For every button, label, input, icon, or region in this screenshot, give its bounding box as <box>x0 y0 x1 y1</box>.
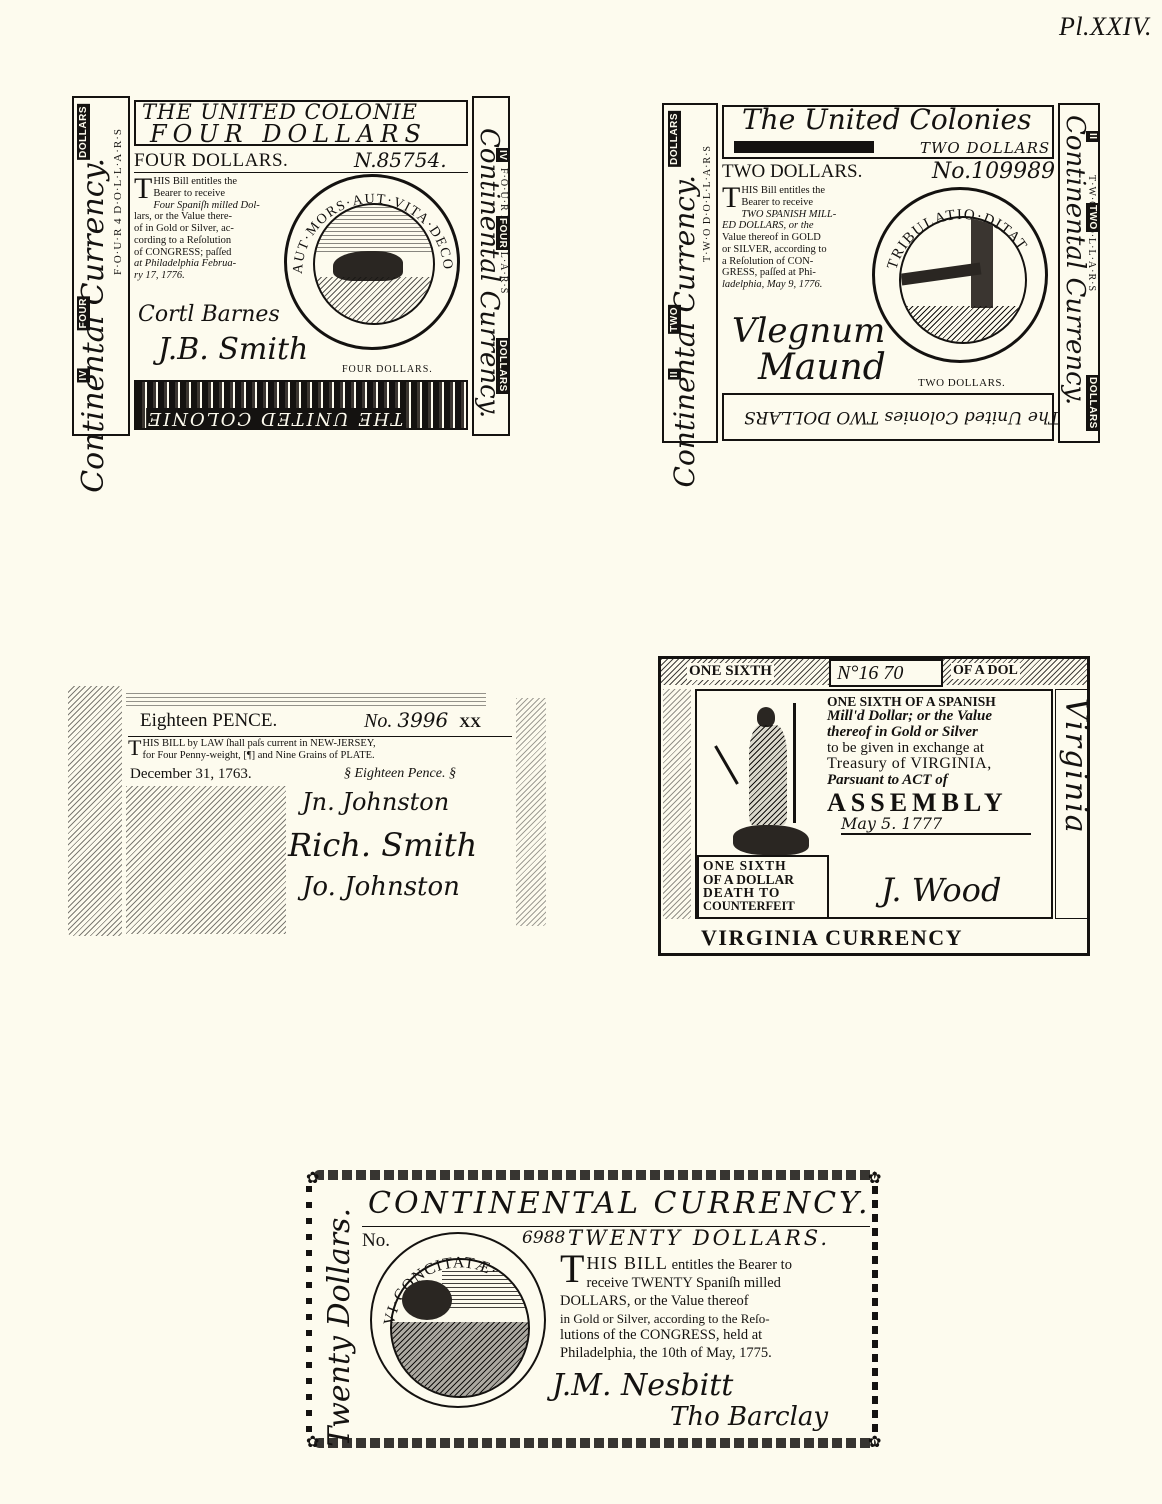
two-dollar-note: Continental Currency. T·W·O D·O·L·L·A·R·… <box>662 103 1100 443</box>
top-left-label: ONE SIXTH <box>687 663 774 680</box>
signature: J.M. Nesbitt <box>552 1368 733 1403</box>
body-text: T HIS BILL by LAW ſhall paſs current in … <box>128 738 528 762</box>
title-sub: TWO DOLLARS <box>920 139 1050 157</box>
badge: II <box>668 369 681 380</box>
border-small-text: T·W·O D·O·L·L·A·R·S <box>1086 175 1097 292</box>
box-line: ONE SIXTH <box>703 859 823 873</box>
virginia-note: ONE SIXTH N°16 70 OF A DOL Virginia ONE … <box>658 656 1090 956</box>
body-line: HIS Bill entitles the <box>134 176 284 188</box>
box-line: COUNTERFEIT <box>703 900 823 913</box>
body-line: in Gold or Silver, according to the Reſo… <box>560 1311 872 1327</box>
left-border: Continental Currency. T·W·O D·O·L·L·A·R·… <box>662 103 718 443</box>
eighteen-pence-note: Eighteen PENCE. No. 3996 XX T HIS BILL b… <box>68 686 548 938</box>
badge: TWO <box>668 305 681 334</box>
badge: DOLLARS <box>1086 375 1099 431</box>
title-script: FOUR DOLLARS <box>150 120 427 148</box>
denomination-heading: FOUR DOLLARS. <box>134 150 288 172</box>
plate-number: Pl.XXIV. <box>1059 12 1152 42</box>
body-line: Value thereof in GOLD <box>722 232 872 244</box>
body-line: ry 17, 1776. <box>134 270 284 282</box>
bottom-scroll-text: THE UNITED COLONIE <box>146 408 403 429</box>
body-text: T HIS Bill entitles the Bearer to receiv… <box>722 185 872 291</box>
bottom-chain-border <box>314 1438 876 1448</box>
seal-scene <box>899 216 1027 344</box>
body-line: receive TWENTY Spaniſh milled <box>560 1275 872 1293</box>
body-line: ED DOLLARS, or the <box>722 220 872 232</box>
badge: FOUR <box>496 216 509 250</box>
body-line: DOLLARS, or the Value thereof <box>560 1293 872 1311</box>
date: May 5. 1777 <box>841 816 1031 835</box>
bottom-scroll-text: The United Colonies TWO DOLLARS <box>744 407 1060 427</box>
denomination-heading: Eighteen PENCE. <box>140 710 277 732</box>
title-band <box>734 141 874 153</box>
side-label: Twenty Dollars. <box>322 1208 357 1447</box>
body-line: HIS Bill entitles the <box>722 185 872 197</box>
signature: Jo. Johnston <box>302 872 460 902</box>
issue-date: December 31, 1763. <box>130 766 252 783</box>
body-line: lars, or the Value there- <box>134 211 284 223</box>
denomination-heading: TWO DOLLARS. <box>722 161 862 183</box>
body-line: ladelphia, May 9, 1776. <box>722 279 872 291</box>
seal-boar: AUT·MORS·AUT·VITA·DECORA <box>284 174 460 350</box>
body-line: to be given in exchange at <box>827 741 1053 757</box>
box-line: OF A DOLLAR <box>703 873 823 887</box>
seal-scene <box>390 1258 530 1398</box>
top-ornament <box>126 690 486 706</box>
body-line: thereof in Gold or Silver <box>827 725 1053 741</box>
top-right-label: OF A DOL <box>951 663 1020 679</box>
seal-storm: VI·CONCITATÆ· <box>370 1232 546 1408</box>
serial: No. 3996 XX <box>364 708 481 733</box>
body-line: cording to a Reſolution <box>134 235 284 247</box>
virtue-figure-icon <box>719 701 819 861</box>
title: CONTINENTAL CURRENCY. <box>368 1186 871 1221</box>
bottom-scroll: The United Colonies TWO DOLLARS <box>722 393 1054 441</box>
badge: FOUR <box>77 296 90 330</box>
body-line: HIS BILL entitles the Bearer to <box>560 1252 872 1275</box>
body-line: or SILVER, according to <box>722 244 872 256</box>
badge: DOLLARS <box>77 104 90 160</box>
seal-flail: TRIBULATIO·DITAT <box>872 187 1048 363</box>
denomination-script: TWENTY DOLLARS. <box>568 1226 830 1250</box>
body-line: lutions of the CONGRESS, held at <box>560 1327 872 1345</box>
body-text: ONE SIXTH OF A SPANISH Mill'd Dollar; or… <box>827 695 1053 835</box>
body-caps: HIS BILL <box>586 1253 668 1273</box>
seal-caption: TWO DOLLARS. <box>918 377 1005 389</box>
body-line: Bearer to receive <box>134 188 284 200</box>
body-line: at Philadelphia Februa- <box>134 258 284 270</box>
signature: Rich. Smith <box>288 826 477 864</box>
serial-number: N.85754. <box>354 148 447 172</box>
badge: IV <box>77 368 90 382</box>
drop-cap: T <box>134 176 152 202</box>
seal-caption: FOUR DOLLARS. <box>342 364 433 375</box>
body-line: GRESS, paſſed at Phi- <box>722 267 872 279</box>
right-border-text: Virginia <box>1058 698 1093 835</box>
signature: Jn. Johnston <box>302 788 449 816</box>
right-border: Continental Currency. T·W·O D·O·L·L·A·R·… <box>1058 103 1100 443</box>
right-chain-border <box>872 1186 878 1432</box>
drop-cap: T <box>128 738 141 758</box>
right-ornament <box>516 698 546 926</box>
body-text: T HIS Bill entitles the Bearer to receiv… <box>134 176 284 282</box>
counterfeit-warning-box: ONE SIXTH OF A DOLLAR DEATH TO COUNTERFE… <box>697 855 829 919</box>
border-small-text: T·W·O D·O·L·L·A·R·S <box>702 145 713 262</box>
badge: DOLLARS <box>668 111 681 167</box>
rule <box>128 736 512 737</box>
top-chain-border <box>314 1170 876 1180</box>
title-scroll: The United Colonies TWO DOLLARS <box>722 105 1054 159</box>
signature: Tho Barclay <box>670 1402 828 1432</box>
twenty-dollar-note: ✿ ✿ ✿ ✿ CONTINENTAL CURRENCY. Twenty Dol… <box>306 1168 884 1458</box>
seal-scene <box>313 203 435 325</box>
body-rest: entitles the Bearer to <box>672 1257 792 1273</box>
body-line: ONE SIXTH OF A SPANISH <box>827 695 1053 709</box>
left-border-ornament <box>663 689 691 919</box>
repeat-denomination: § Eighteen Pence. § <box>344 766 456 782</box>
body-text: T HIS BILL entitles the Bearer to receiv… <box>560 1252 872 1363</box>
serial-label: No. <box>364 710 392 732</box>
serial-number: No.109989 <box>932 159 1055 184</box>
title-script: The United Colonies <box>742 103 1031 136</box>
right-border: Continental Currency. F·O·U·R D·O·L·L·A·… <box>472 96 510 436</box>
left-chain-border <box>306 1186 312 1432</box>
body-line: Philadelphia, the 10th of May, 1775. <box>560 1345 872 1363</box>
serial-number: N°16 70 <box>837 662 903 685</box>
badge: IV <box>496 148 509 162</box>
left-border: Continental Currency. F·O·U·R 4 D·O·L·L·… <box>72 96 130 436</box>
box-line: DEATH TO <box>703 886 823 900</box>
body-line: HIS BILL by LAW ſhall paſs current in NE… <box>128 738 528 750</box>
flower-icon: ✿ <box>868 1168 881 1188</box>
serial-box: N°16 70 <box>829 659 943 687</box>
serial-number: 3996 <box>397 708 448 732</box>
flower-icon: ✿ <box>868 1432 881 1452</box>
rule <box>134 172 468 173</box>
badge: DOLLARS <box>496 338 509 394</box>
serial-mark: XX <box>459 715 481 731</box>
left-ornament <box>68 686 122 936</box>
body-line: of in Gold or Silver, ac- <box>134 223 284 235</box>
body-line: of CONGRESS; paſſed <box>134 247 284 259</box>
body-line: Mill'd Dollar; or the Value <box>827 709 1053 725</box>
body-line: ASSEMBLY <box>827 789 1053 816</box>
body-line: for Four Penny-weight, [¶] and Nine Grai… <box>128 750 528 762</box>
title-scroll: THE UNITED COLONIE FOUR DOLLARS <box>134 100 468 146</box>
central-engraving <box>126 786 286 934</box>
badge: II <box>1086 131 1099 142</box>
storm-cloud-icon <box>402 1280 452 1320</box>
body-line: TWO SPANISH MILL- <box>722 209 872 221</box>
flower-icon: ✿ <box>306 1168 319 1188</box>
right-border: Virginia <box>1055 689 1089 919</box>
signature: Cortl Barnes <box>138 302 280 327</box>
body-line: a Reſolution of CON- <box>722 256 872 268</box>
border-small-text: F·O·U·R 4 D·O·L·L·A·R·S <box>112 128 124 275</box>
signature: Maund <box>758 347 886 388</box>
signature: J.B. Smith <box>158 332 308 367</box>
bottom-scroll: THE UNITED COLONIE <box>134 380 468 430</box>
body-line: Four Spaniſh milled Dol- <box>134 200 284 212</box>
drop-cap: T <box>560 1252 584 1286</box>
body-line: Treasury of VIRGINIA, <box>827 756 1053 773</box>
drop-cap: T <box>722 185 740 211</box>
signature: J. Wood <box>881 871 1001 909</box>
hand-flail-icon <box>901 262 982 285</box>
heading-text: TWO DOLLARS. <box>722 161 862 182</box>
body-line: Parsuant to ACT of <box>827 773 1053 789</box>
badge: TWO <box>1086 203 1099 232</box>
signature: Vlegnum <box>732 311 885 351</box>
bottom-label: VIRGINIA CURRENCY <box>701 925 963 951</box>
body-line: Bearer to receive <box>722 197 872 209</box>
four-dollar-note: Continental Currency. F·O·U·R 4 D·O·L·L·… <box>72 96 510 436</box>
flower-icon: ✿ <box>306 1432 319 1452</box>
